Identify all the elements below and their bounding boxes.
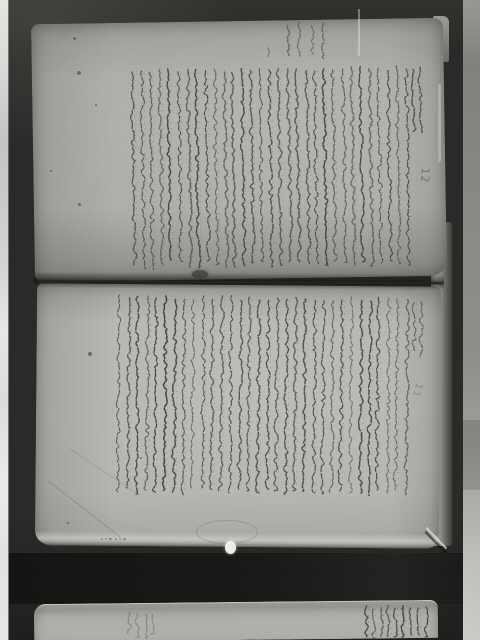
- text-block-next-frame-faint-text: [128, 612, 155, 639]
- text-block-upper-main-text: [130, 65, 412, 270]
- ink-speck: [88, 352, 92, 356]
- frame-number-mark-upper: 12: [418, 167, 432, 184]
- text-block-next-frame-main-text: [365, 605, 429, 639]
- film-edge-right: [463, 0, 480, 640]
- film-edge-left: [0, 0, 9, 640]
- manuscript-text-lower: [101, 294, 424, 541]
- ink-speck: [78, 203, 81, 206]
- white-spot: [225, 541, 236, 554]
- text-block-upper-marginalia: [287, 21, 326, 59]
- film-scratch: [358, 9, 360, 56]
- text-block-upper-margin-tick: [268, 48, 271, 57]
- ink-speck: [77, 71, 81, 75]
- ink-speck: [67, 522, 69, 524]
- stain-mark: [196, 520, 258, 544]
- text-block-lower-first-lines-overflow: [412, 302, 423, 357]
- ink-speck: [73, 37, 76, 40]
- film-scratch: [438, 84, 441, 162]
- manuscript-text-next-frame: [128, 605, 429, 640]
- ink-speck: [50, 170, 52, 172]
- manuscript-text-upper: [129, 20, 425, 270]
- film-edge-smudge: [463, 420, 480, 490]
- ink-speck: [140, 457, 142, 459]
- manuscript-text-layer: [0, 0, 480, 640]
- microfilm-frame: 12 11: [0, 0, 480, 640]
- ink-speck: [95, 104, 97, 106]
- text-block-upper-first-lines-overflow: [411, 67, 423, 133]
- text-block-lower-main-text: [116, 295, 410, 497]
